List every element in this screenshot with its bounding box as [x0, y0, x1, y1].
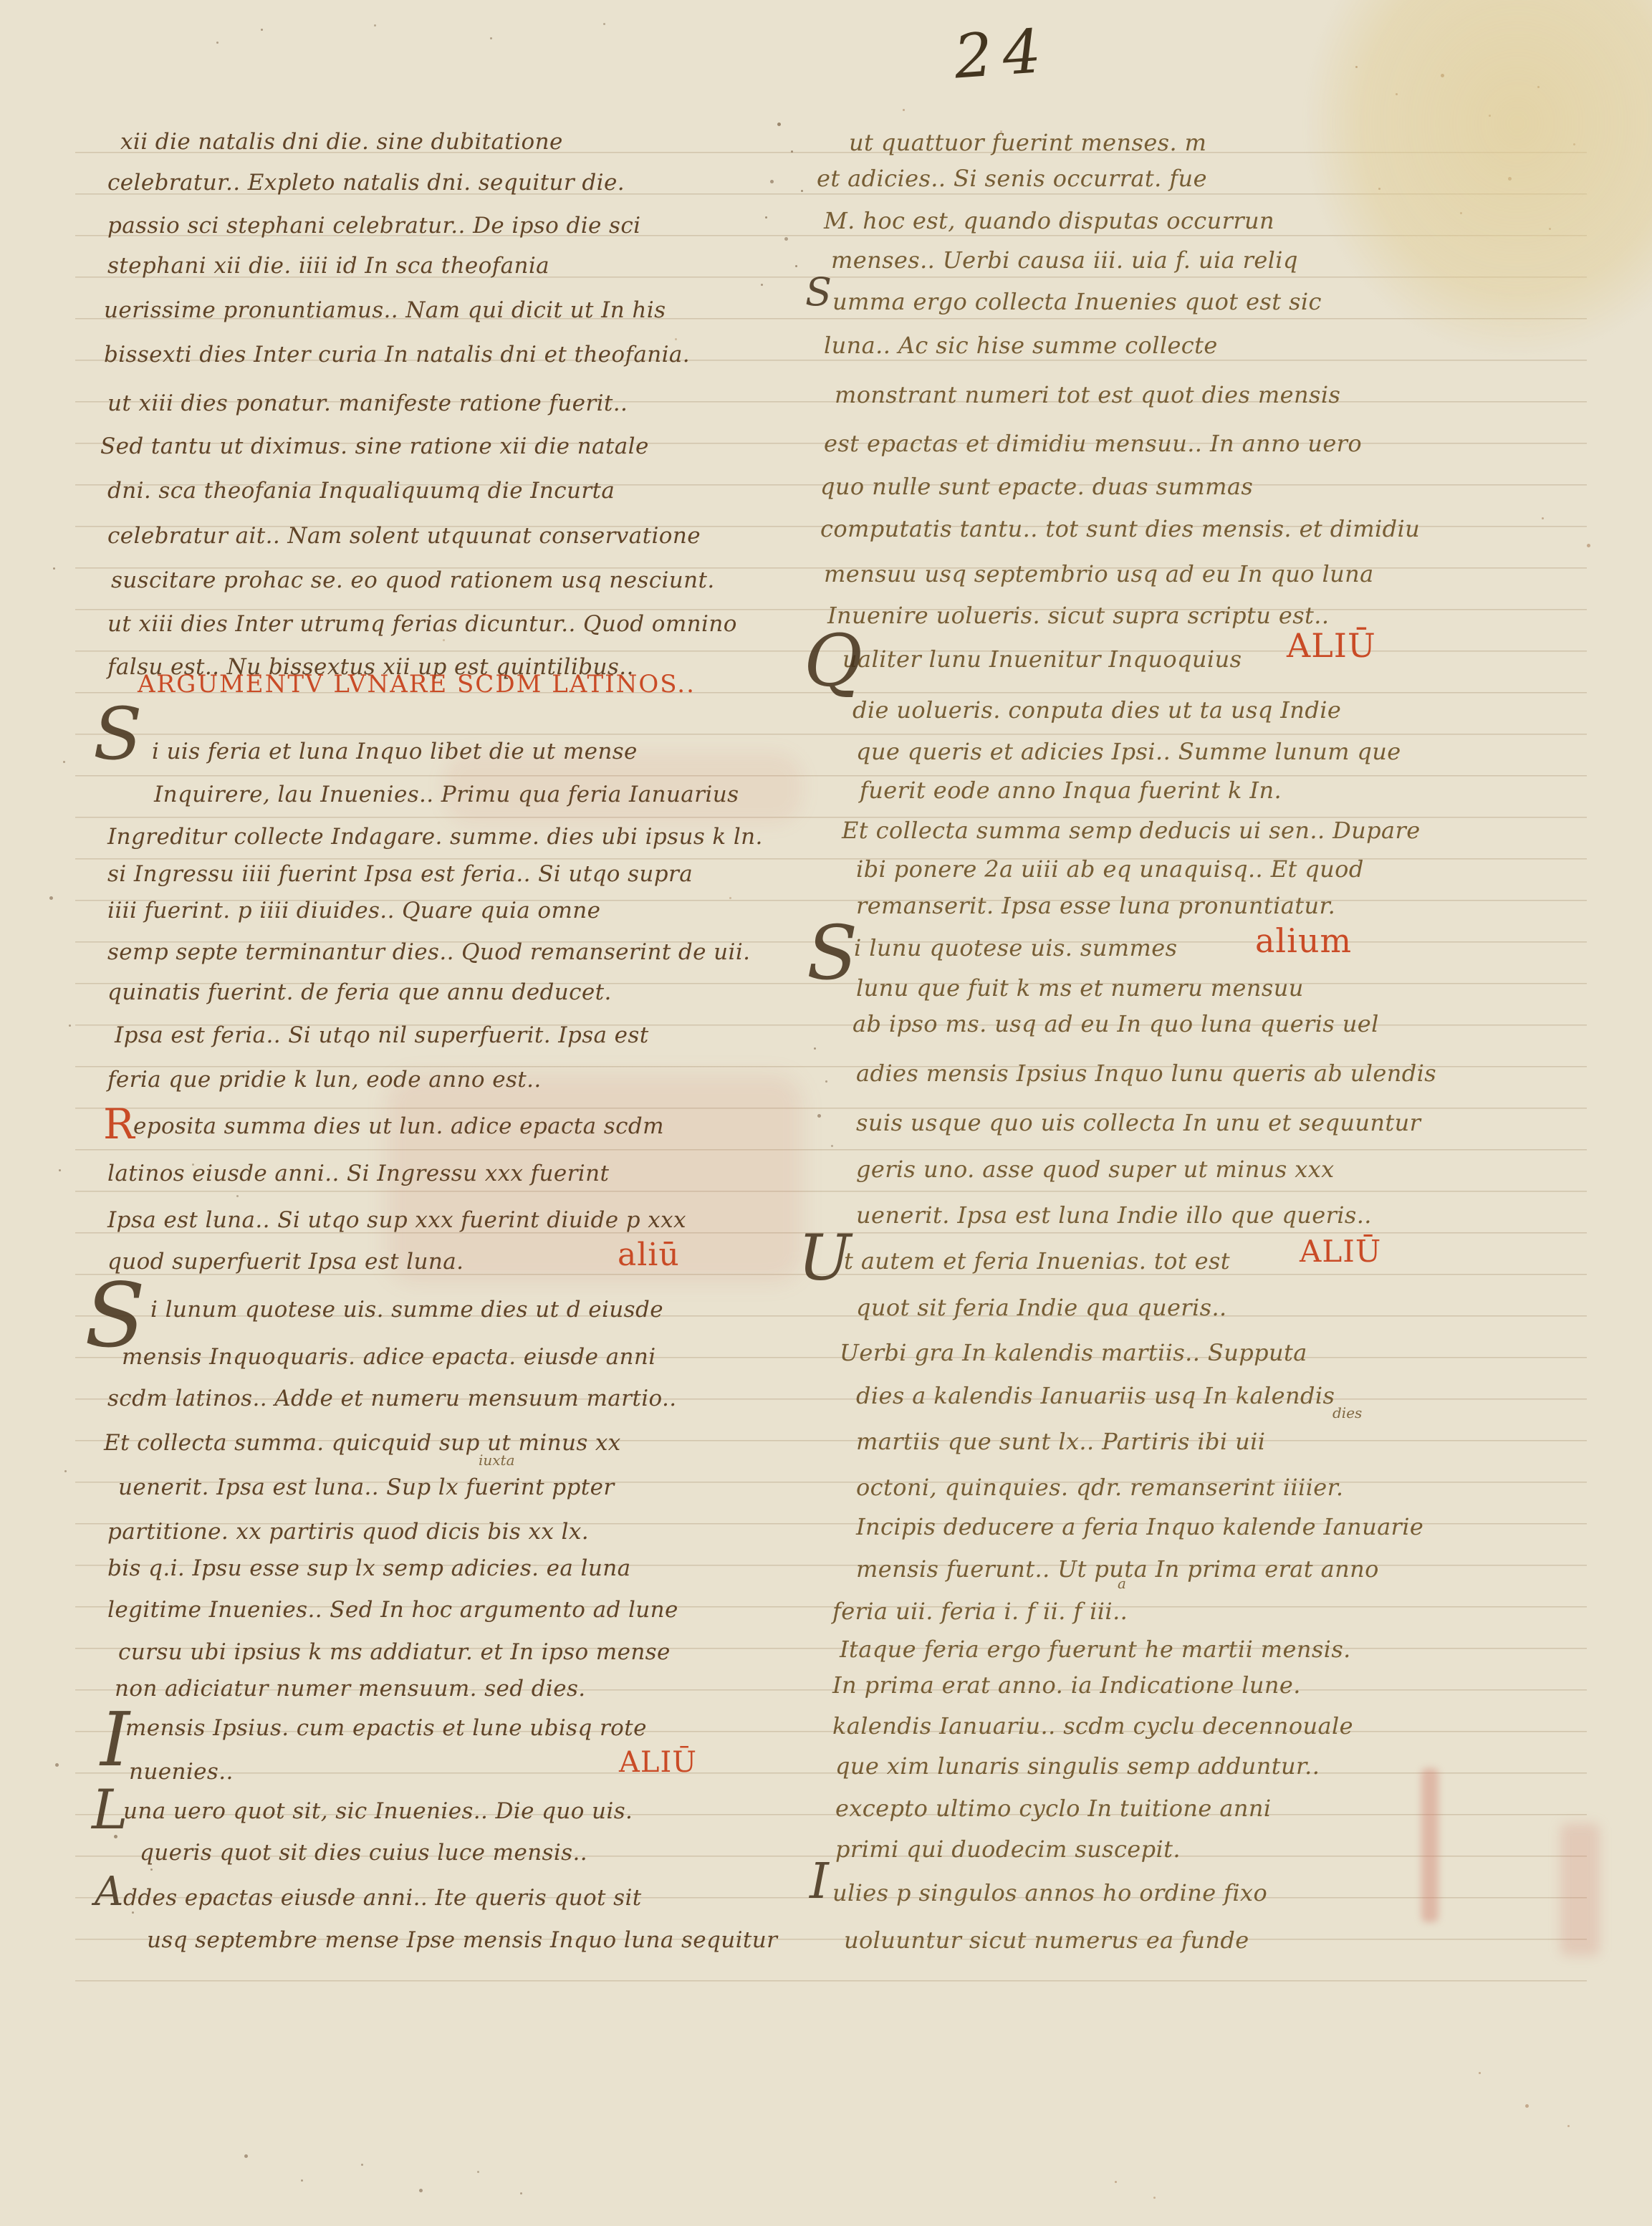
text-line: non adiciatur numer mensuum. sed dies.: [115, 1678, 586, 1700]
text-line: geris uno. asse quod super ut minus xxx: [856, 1158, 1335, 1181]
text-line: t autem et feria Inuenias. tot est: [844, 1249, 1230, 1272]
text-line: suis usque quo uis collecta In unu et se…: [856, 1111, 1421, 1134]
gloss-text: a: [1118, 1576, 1126, 1591]
text-line: kalendis Ianuariu.. scdm cyclu decennoua…: [832, 1714, 1353, 1737]
text-line: primi qui duodecim suscepit.: [835, 1838, 1181, 1861]
text-line: Inuenire uolueris. sicut supra scriptu e…: [827, 604, 1329, 627]
initial-letter: U: [798, 1229, 851, 1286]
rubric-text: alium: [1255, 924, 1352, 957]
text-line: latinos eiusde anni.. Si Ingressu xxx fu…: [107, 1163, 609, 1185]
text-line: Ipsa est feria.. Si utqo nil superfuerit…: [115, 1025, 649, 1047]
text-line: ut quattuor fuerint menses. m: [849, 131, 1206, 154]
text-line: iiii fuerint. p iiii diuides.. Quare qui…: [107, 900, 600, 922]
text-line: celebratur ait.. Nam solent utquunat con…: [107, 525, 701, 547]
text-line: Itaque feria ergo fuerunt he martii mens…: [840, 1638, 1351, 1661]
text-line: quot sit feria Indie qua queris..: [856, 1296, 1227, 1319]
text-line: Ingreditur collecte Indagare. summe. die…: [107, 826, 763, 848]
text-line: celebratur.. Expleto natalis dni. sequit…: [107, 172, 625, 194]
text-line: octoni, quinquies. qdr. remanserint iiii…: [856, 1476, 1343, 1499]
text-line: Inquirere, lau Inuenies.. Primu qua feri…: [154, 784, 739, 806]
text-layer: xii die natalis dni die. sine dubitation…: [0, 0, 1652, 2226]
text-line: adies mensis Ipsius Inquo lunu queris ab…: [856, 1062, 1436, 1085]
gloss-text: iuxta: [479, 1453, 515, 1467]
initial-letter: A: [95, 1874, 123, 1910]
text-line: uenerit. Ipsa est luna Indie illo que qu…: [856, 1204, 1372, 1227]
rubric-text: R: [103, 1103, 135, 1145]
text-line: ab ipso ms. usq ad eu In quo luna queris…: [853, 1012, 1379, 1035]
text-line: ddes epactas eiusde anni.. Ite queris qu…: [123, 1887, 642, 1909]
text-line: suscitare prohac se. eo quod rationem us…: [111, 570, 715, 592]
text-line: eposita summa dies ut lun. adice epacta …: [133, 1116, 664, 1138]
text-line: mensuu usq septembrio usq ad eu In quo l…: [824, 562, 1374, 585]
text-line: quod superfuerit Ipsa est luna.: [107, 1251, 464, 1273]
text-line: uoluuntur sicut numerus ea funde: [844, 1929, 1249, 1952]
text-line: excepto ultimo cyclo In tuitione anni: [835, 1797, 1271, 1820]
text-line: remanserit. Ipsa esse luna pronuntiatur.: [856, 894, 1335, 917]
text-line: una uero quot sit, sic Inuenies.. Die qu…: [123, 1800, 633, 1823]
text-line: cursu ubi ipsius k ms addiatur. et In ip…: [118, 1641, 671, 1664]
initial-letter: S: [807, 920, 858, 987]
text-line: stephani xii die. iiii id In sca theofan…: [107, 255, 549, 277]
text-line: monstrant numeri tot est quot dies mensi…: [835, 383, 1340, 406]
text-line: feria uii. feria i. f ii. f iii..: [832, 1600, 1128, 1623]
rubric-text: aliū: [618, 1239, 680, 1271]
text-line: queris quot sit dies cuius luce mensis..: [140, 1842, 587, 1864]
gloss-text: dies: [1332, 1406, 1362, 1420]
text-line: luna.. Ac sic hise summe collecte: [824, 334, 1218, 357]
text-line: M. hoc est, quando disputas occurrun: [824, 209, 1274, 232]
text-line: feria que pridie k lun, eode anno est..: [107, 1069, 542, 1091]
text-line: In prima erat anno. ia Indicatione lune.: [832, 1674, 1301, 1697]
text-line: xii die natalis dni die. sine dubitation…: [120, 131, 563, 153]
text-line: passio sci stephani celebratur.. De ipso…: [107, 215, 640, 237]
text-line: i lunum quotese uis. summe dies ut d eiu…: [150, 1299, 663, 1321]
text-line: mensis Inquoquaris. adice epacta. eiusde…: [122, 1346, 656, 1368]
text-line: est epactas et dimidiu mensuu.. In anno …: [824, 432, 1362, 455]
text-line: fuerit eode anno Inqua fuerint k In.: [860, 779, 1282, 802]
text-line: dies a kalendis Ianuariis usq In kalendi…: [856, 1384, 1335, 1407]
text-line: legitime Inuenies.. Sed In hoc argumento…: [107, 1599, 678, 1621]
text-line: ualiter lunu Inuenitur Inquoquius: [842, 648, 1242, 671]
initial-letter: S: [805, 275, 832, 310]
text-line: nuenies..: [129, 1761, 234, 1783]
initial-letter: I: [810, 1860, 829, 1904]
initial-letter: L: [92, 1785, 128, 1834]
text-line: si Ingressu iiii fuerint Ipsa est feria.…: [107, 863, 693, 886]
text-line: bis q.i. Ipsu esse sup lx semp adicies. …: [107, 1558, 630, 1580]
text-line: i uis feria et luna Inquo libet die ut m…: [152, 741, 638, 763]
rubric-text: ARGUMENTV LVNARE SCDM LATINOS..: [138, 672, 696, 696]
text-line: semp septe terminantur dies.. Quod reman…: [107, 941, 750, 964]
text-line: Ipsa est luna.. Si utqo sup xxx fuerint …: [107, 1209, 686, 1232]
text-line: lunu que fuit k ms et numeru mensuu: [856, 977, 1304, 999]
text-line: que xim lunaris singulis semp adduntur..: [835, 1755, 1320, 1778]
text-line: Incipis deducere a feria Inquo kalende I…: [856, 1515, 1423, 1538]
text-line: die uolueris. conputa dies ut ta usq Ind…: [853, 699, 1341, 721]
text-line: bissexti dies Inter curia In natalis dni…: [104, 344, 690, 366]
text-line: umma ergo collecta Inuenies quot est sic: [832, 290, 1322, 313]
text-line: mensis Ipsius. cum epactis et lune ubisq…: [125, 1717, 647, 1740]
text-line: ulies p singulos annos ho ordine fixo: [832, 1881, 1267, 1904]
text-line: ut xiii dies ponatur. manifeste ratione …: [107, 393, 628, 415]
text-line: quinatis fuerint. de feria que annu dedu…: [107, 982, 612, 1004]
text-line: partitione. xx partiris quod dicis bis x…: [107, 1521, 589, 1543]
text-line: uerissime pronuntiamus.. Nam qui dicit u…: [104, 299, 666, 322]
text-line: ibi ponere 2a uiii ab eq unaquisq.. Et q…: [856, 858, 1364, 881]
text-line: Et collecta summa semp deducis ui sen.. …: [842, 819, 1421, 842]
rubric-text: ALIŪ: [1300, 1237, 1381, 1267]
initial-letter: I: [100, 1707, 130, 1774]
initial-letter: S: [85, 1277, 145, 1357]
rubric-text: ALIŪ: [619, 1748, 697, 1777]
rubric-text: ALIŪ: [1287, 629, 1376, 662]
text-line: computatis tantu.. tot sunt dies mensis.…: [820, 517, 1420, 540]
text-line: que queris et adicies Ipsi.. Summe lunum…: [856, 740, 1401, 763]
text-line: dni. sca theofania Inqualiquumq die Incu…: [107, 480, 615, 502]
text-line: quo nulle sunt epacte. duas summas: [820, 475, 1253, 498]
text-line: uenerit. Ipsa est luna.. Sup lx fuerint …: [118, 1477, 615, 1499]
text-line: et adicies.. Si senis occurrat. fue: [817, 167, 1207, 190]
text-line: i lunu quotese uis. summes: [854, 936, 1177, 959]
manuscript-page: 24 xii die natalis dni die. sine dubitat…: [0, 0, 1652, 2226]
text-line: ut xiii dies Inter utrumq ferias dicuntu…: [107, 613, 737, 635]
initial-letter: S: [93, 702, 143, 767]
text-line: usq septembre mense Ipse mensis Inquo lu…: [147, 1929, 777, 1952]
text-line: martiis que sunt lx.. Partiris ibi uii: [856, 1430, 1265, 1453]
text-line: Et collecta summa. quicquid sup ut minus…: [104, 1432, 621, 1454]
text-line: Sed tantu ut diximus. sine ratione xii d…: [100, 436, 649, 458]
initial-letter: Q: [804, 629, 863, 694]
text-line: scdm latinos.. Adde et numeru mensuum ma…: [107, 1388, 677, 1410]
text-line: Uerbi gra In kalendis martiis.. Supputa: [840, 1341, 1307, 1364]
text-line: menses.. Uerbi causa iii. uia f. uia rel…: [831, 249, 1298, 272]
